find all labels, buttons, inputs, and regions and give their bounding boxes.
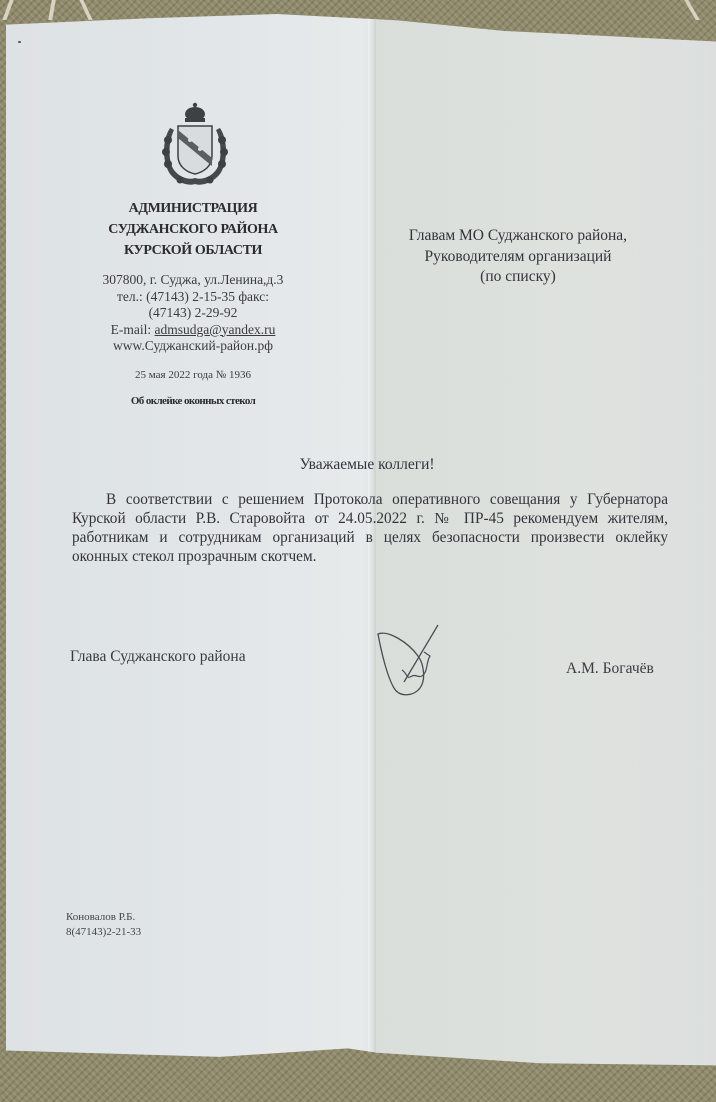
org-name-line-1: АДМИНИСТРАЦИЯ [68,198,318,219]
addressee-line-3: (по списку) [368,267,668,288]
sender-header: АДМИНИСТРАЦИЯ СУДЖАНСКОГО РАЙОНА КУРСКОЙ… [68,198,318,407]
org-name-line-3: КУРСКОЙ ОБЛАСТИ [68,240,318,261]
addressee-line-1: Главам МО Суджанского района, [368,226,668,247]
email-label: E-mail: [111,322,155,337]
executor-block: Коновалов Р.Б. 8(47143)2-21-33 [66,910,141,939]
handwritten-signature-icon [372,622,452,702]
coat-of-arms-icon [160,100,230,188]
executor-phone: 8(47143)2-21-33 [66,925,141,940]
signer-name: А.М. Богачёв [566,660,654,678]
document-subject: Об оклейке оконных стекол [68,395,318,407]
paper-speck [18,41,21,43]
addressee-block: Главам МО Суджанского района, Руководите… [368,226,668,288]
addressee-line-2: Руководителям организаций [368,247,668,268]
salutation: Уважаемые коллеги! [0,456,716,474]
sender-address: 307800, г. Суджа, ул.Ленина,д.3 [68,272,318,289]
letter-body: В соответствии с решением Протокола опер… [72,490,668,566]
sender-contacts: 307800, г. Суджа, ул.Ленина,д.3 тел.: (4… [68,272,318,355]
document-date-number: 25 мая 2022 года № 1936 [68,369,318,381]
signer-title: Глава Суджанского района [70,648,246,666]
sender-website: www.Суджанский-район.рф [68,338,318,355]
executor-name: Коновалов Р.Б. [66,910,141,925]
email-link[interactable]: admsudga@yandex.ru [155,322,276,337]
org-name-line-2: СУДЖАНСКОГО РАЙОНА [68,219,318,240]
letter-document: АДМИНИСТРАЦИЯ СУДЖАНСКОГО РАЙОНА КУРСКОЙ… [0,0,716,1102]
sender-email-line: E-mail: admsudga@yandex.ru [68,322,318,339]
sender-phone: тел.: (47143) 2-15-35 факс: [68,289,318,306]
sender-fax: (47143) 2-29-92 [68,305,318,322]
